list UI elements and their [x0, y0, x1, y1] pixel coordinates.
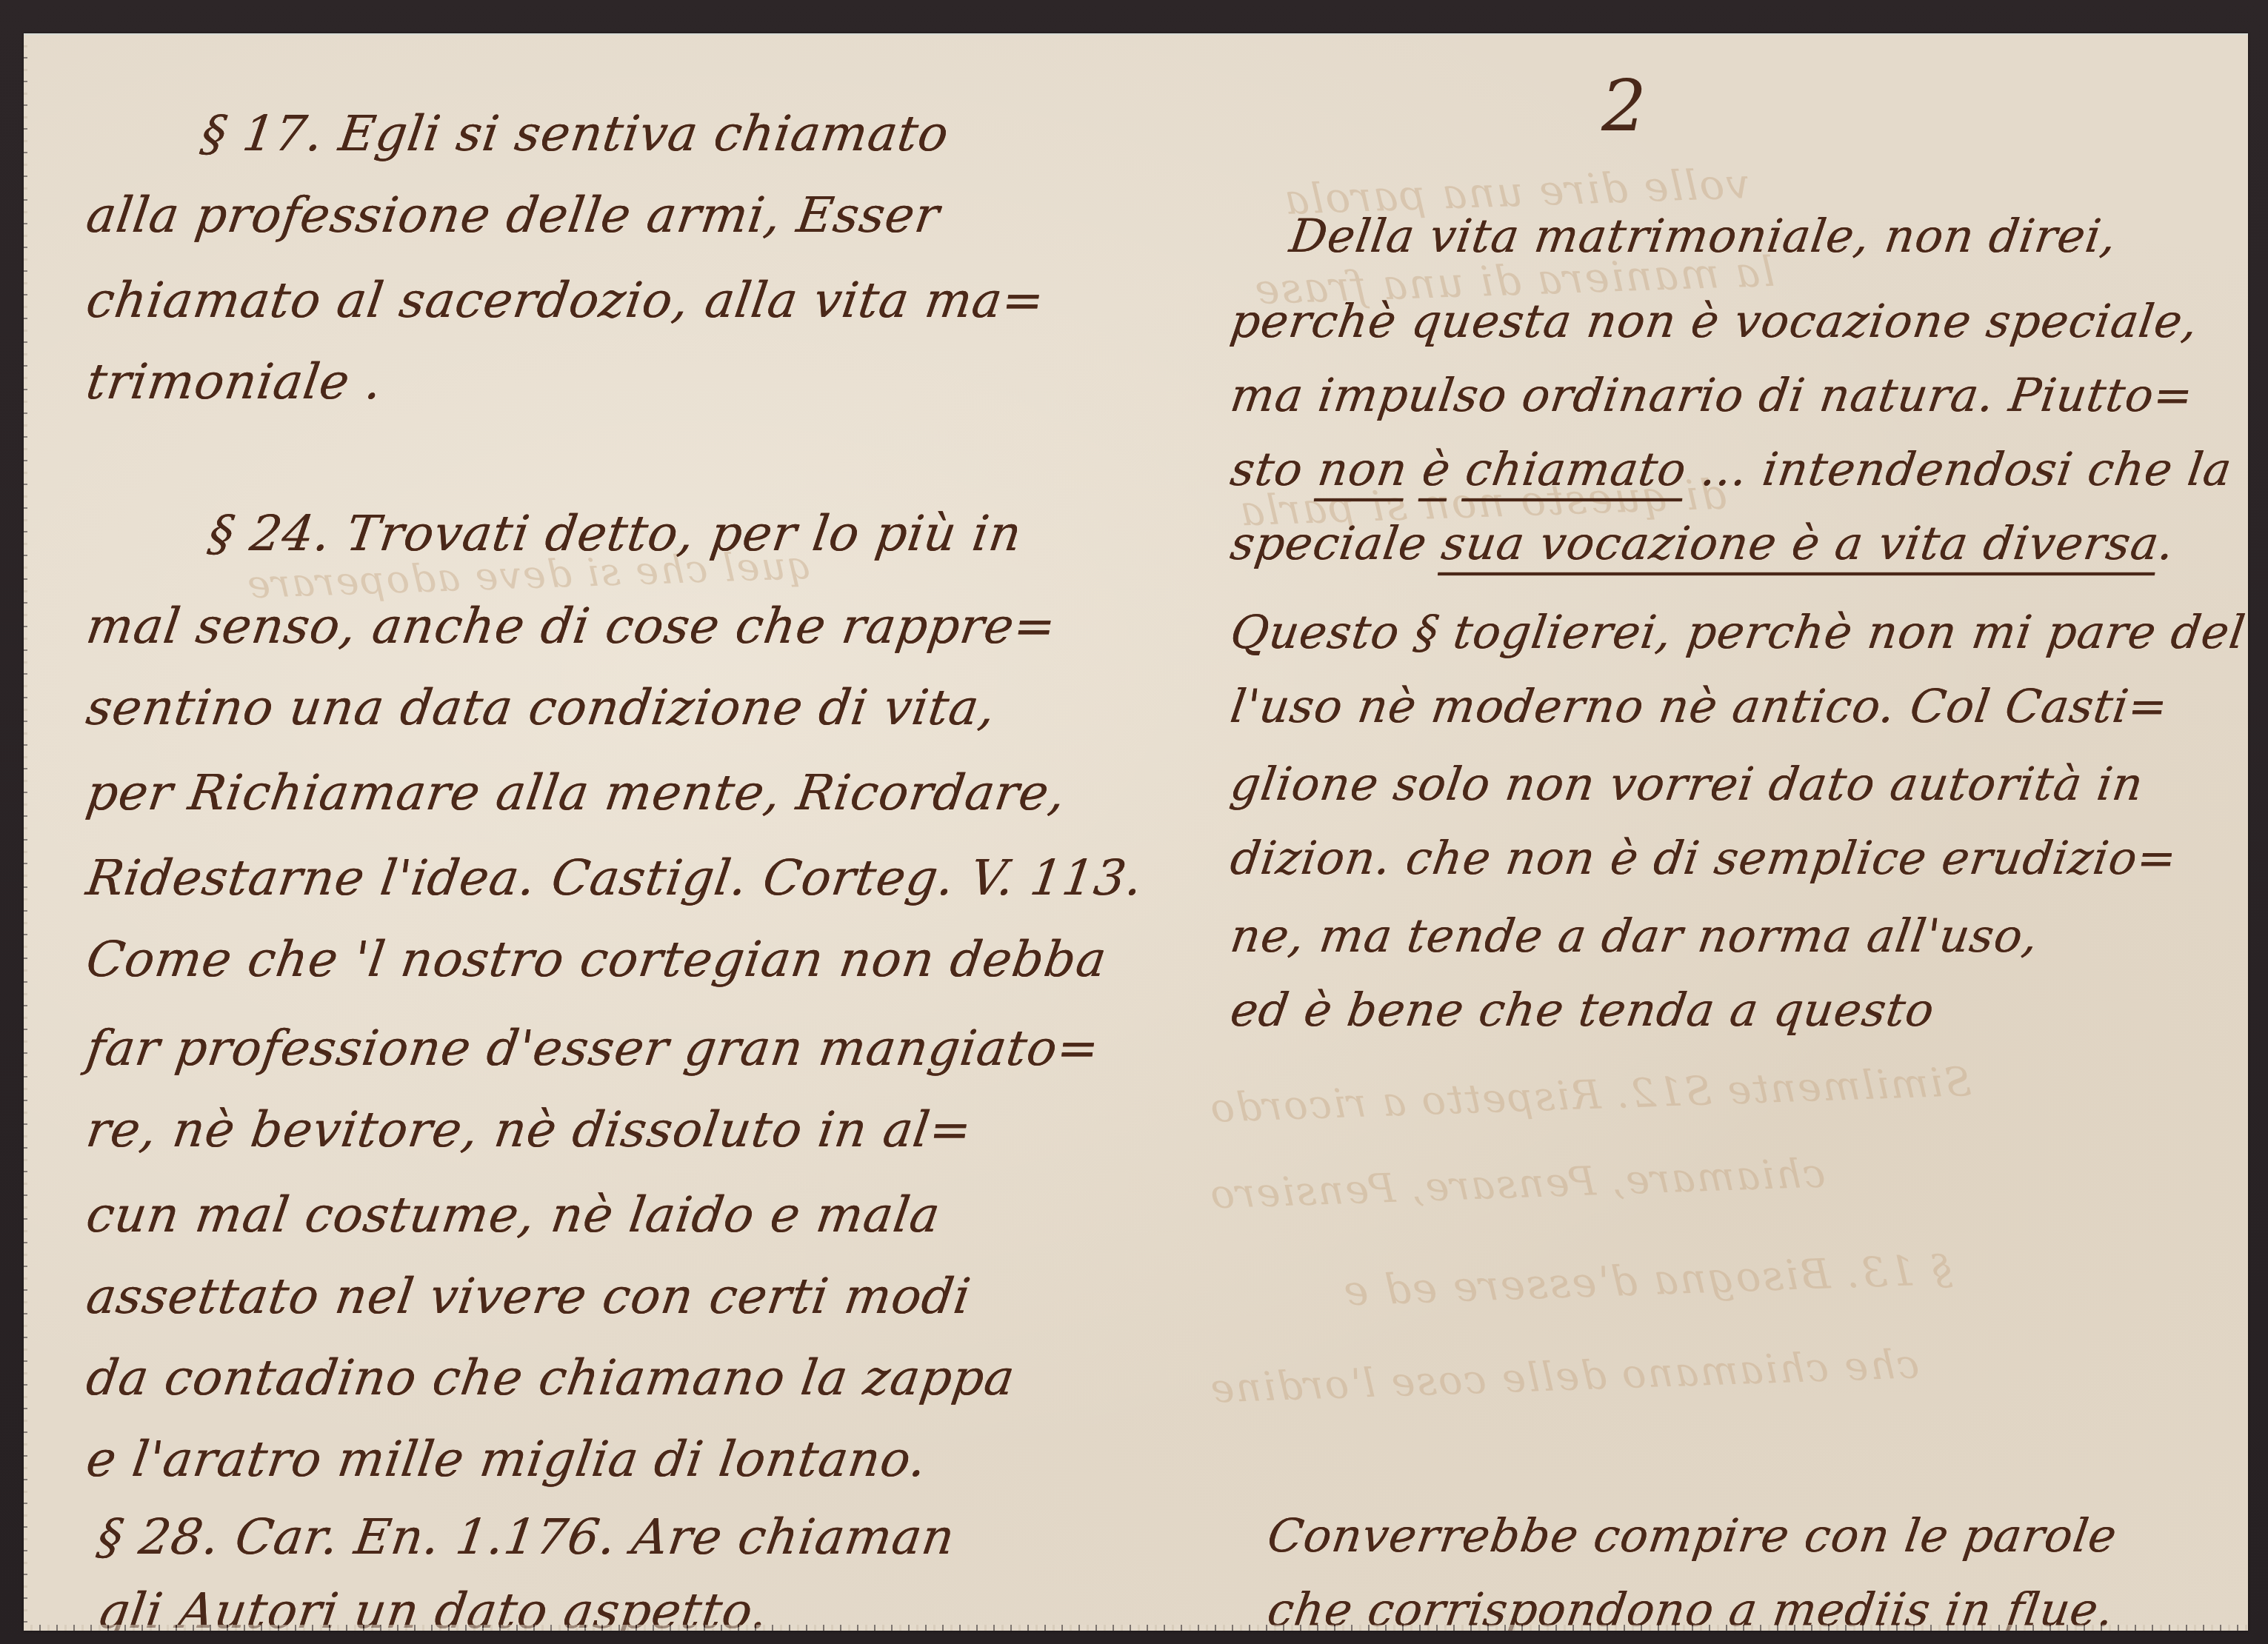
manuscript-line: ma impulso ordinario di natura. Piutto=	[1227, 368, 2197, 422]
manuscript-line: per Richiamare alla mente, Ricordare,	[83, 764, 1070, 821]
manuscript-line: re, nè bevitore, nè dissoluto in al=	[83, 1101, 975, 1158]
manuscript-line: alla professione delle armi, Esser	[83, 187, 944, 244]
bleed-through-line: chiamare, Pensare, Pensiero	[1208, 1149, 1826, 1217]
manuscript-line: dizion. che non è di semplice erudizio=	[1227, 831, 2181, 885]
manuscript-line: Della vita matrimoniale, non direi,	[1287, 209, 2121, 263]
manuscript-line: § 24. Trovati detto, per lo più in	[205, 505, 1025, 562]
text-fragment: sto	[1227, 442, 1322, 496]
manuscript-line: speciale sua vocazione è a vita diversa.	[1227, 516, 2178, 570]
manuscript-line: § 17. Egli si sentiva chiamato	[198, 105, 953, 162]
underlined-word: chiamato	[1462, 442, 1690, 496]
manuscript-line: gli Autori un dato aspetto.	[94, 1583, 772, 1631]
bleed-through-line: Similmente S12. Rispetto a ricordo	[1208, 1058, 1972, 1132]
manuscript-line: Questo § toglierei, perchè non mi pare d…	[1227, 605, 2248, 659]
manuscript-line: Ridestarne l'idea. Castigl. Corteg. V. 1…	[83, 849, 1147, 906]
manuscript-line: cun mal costume, nè laido e mala	[83, 1186, 944, 1243]
underlined-word: in	[1942, 1583, 1995, 1631]
underlined-phrase: sua vocazione è a vita diversa	[1438, 516, 2163, 570]
text-fragment: che corrispondono a	[1264, 1583, 1777, 1631]
underlined-word: non	[1315, 442, 1411, 496]
manuscript-line: trimoniale .	[83, 353, 386, 410]
manuscript-line: da contadino che chiamano la zappa	[83, 1349, 1018, 1406]
manuscript-line: ed è bene che tenda a questo	[1227, 983, 1938, 1037]
underlined-word: flue	[2004, 1583, 2103, 1631]
manuscript-line: sentino una data condizione di vita,	[83, 679, 999, 736]
manuscript-line: glione solo non vorrei dato autorità in	[1227, 757, 2147, 811]
manuscript-page: volle dire una parola la maniera di una …	[24, 33, 2248, 1631]
bleed-through-line: § 13. Bisogna d'essere ed e	[1341, 1246, 1953, 1316]
manuscript-line: l'uso nè moderno nè antico. Col Casti=	[1227, 679, 2172, 733]
manuscript-line: § 28. Car. En. 1.176. Are chiaman	[94, 1508, 958, 1566]
manuscript-line: Converrebbe compire con le parole	[1264, 1508, 2121, 1563]
manuscript-line: chiamato al sacerdozio, alla vita ma=	[83, 272, 1048, 329]
manuscript-line: mal senso, anche di cose che rappre=	[83, 598, 1060, 655]
manuscript-line: Come che 'l nostro cortegian non debba	[83, 931, 1110, 988]
manuscript-line: perchè questa non è vocazione speciale,	[1227, 294, 2201, 348]
manuscript-line: sto non è chiamato ... intendendosi che …	[1227, 442, 2235, 496]
text-fragment: ... intendendosi che la	[1683, 442, 2236, 496]
page-number: 2	[1601, 64, 1647, 147]
text-fragment: speciale	[1227, 516, 1446, 570]
underlined-word: mediis	[1770, 1583, 1935, 1631]
column-divider	[1179, 35, 1181, 1631]
manuscript-line: ne, ma tende a dar norma all'uso,	[1227, 909, 2042, 963]
manuscript-line: che corrispondono a mediis in flue.	[1264, 1583, 2118, 1631]
manuscript-line: far professione d'esser gran mangiato=	[83, 1020, 1103, 1077]
bleed-through-line: che chiamano delle cose l'ordine	[1208, 1340, 1920, 1411]
manuscript-line: e l'aratro mille miglia di lontano.	[83, 1431, 930, 1488]
manuscript-line: assettato nel vivere con certi modi	[83, 1268, 975, 1325]
